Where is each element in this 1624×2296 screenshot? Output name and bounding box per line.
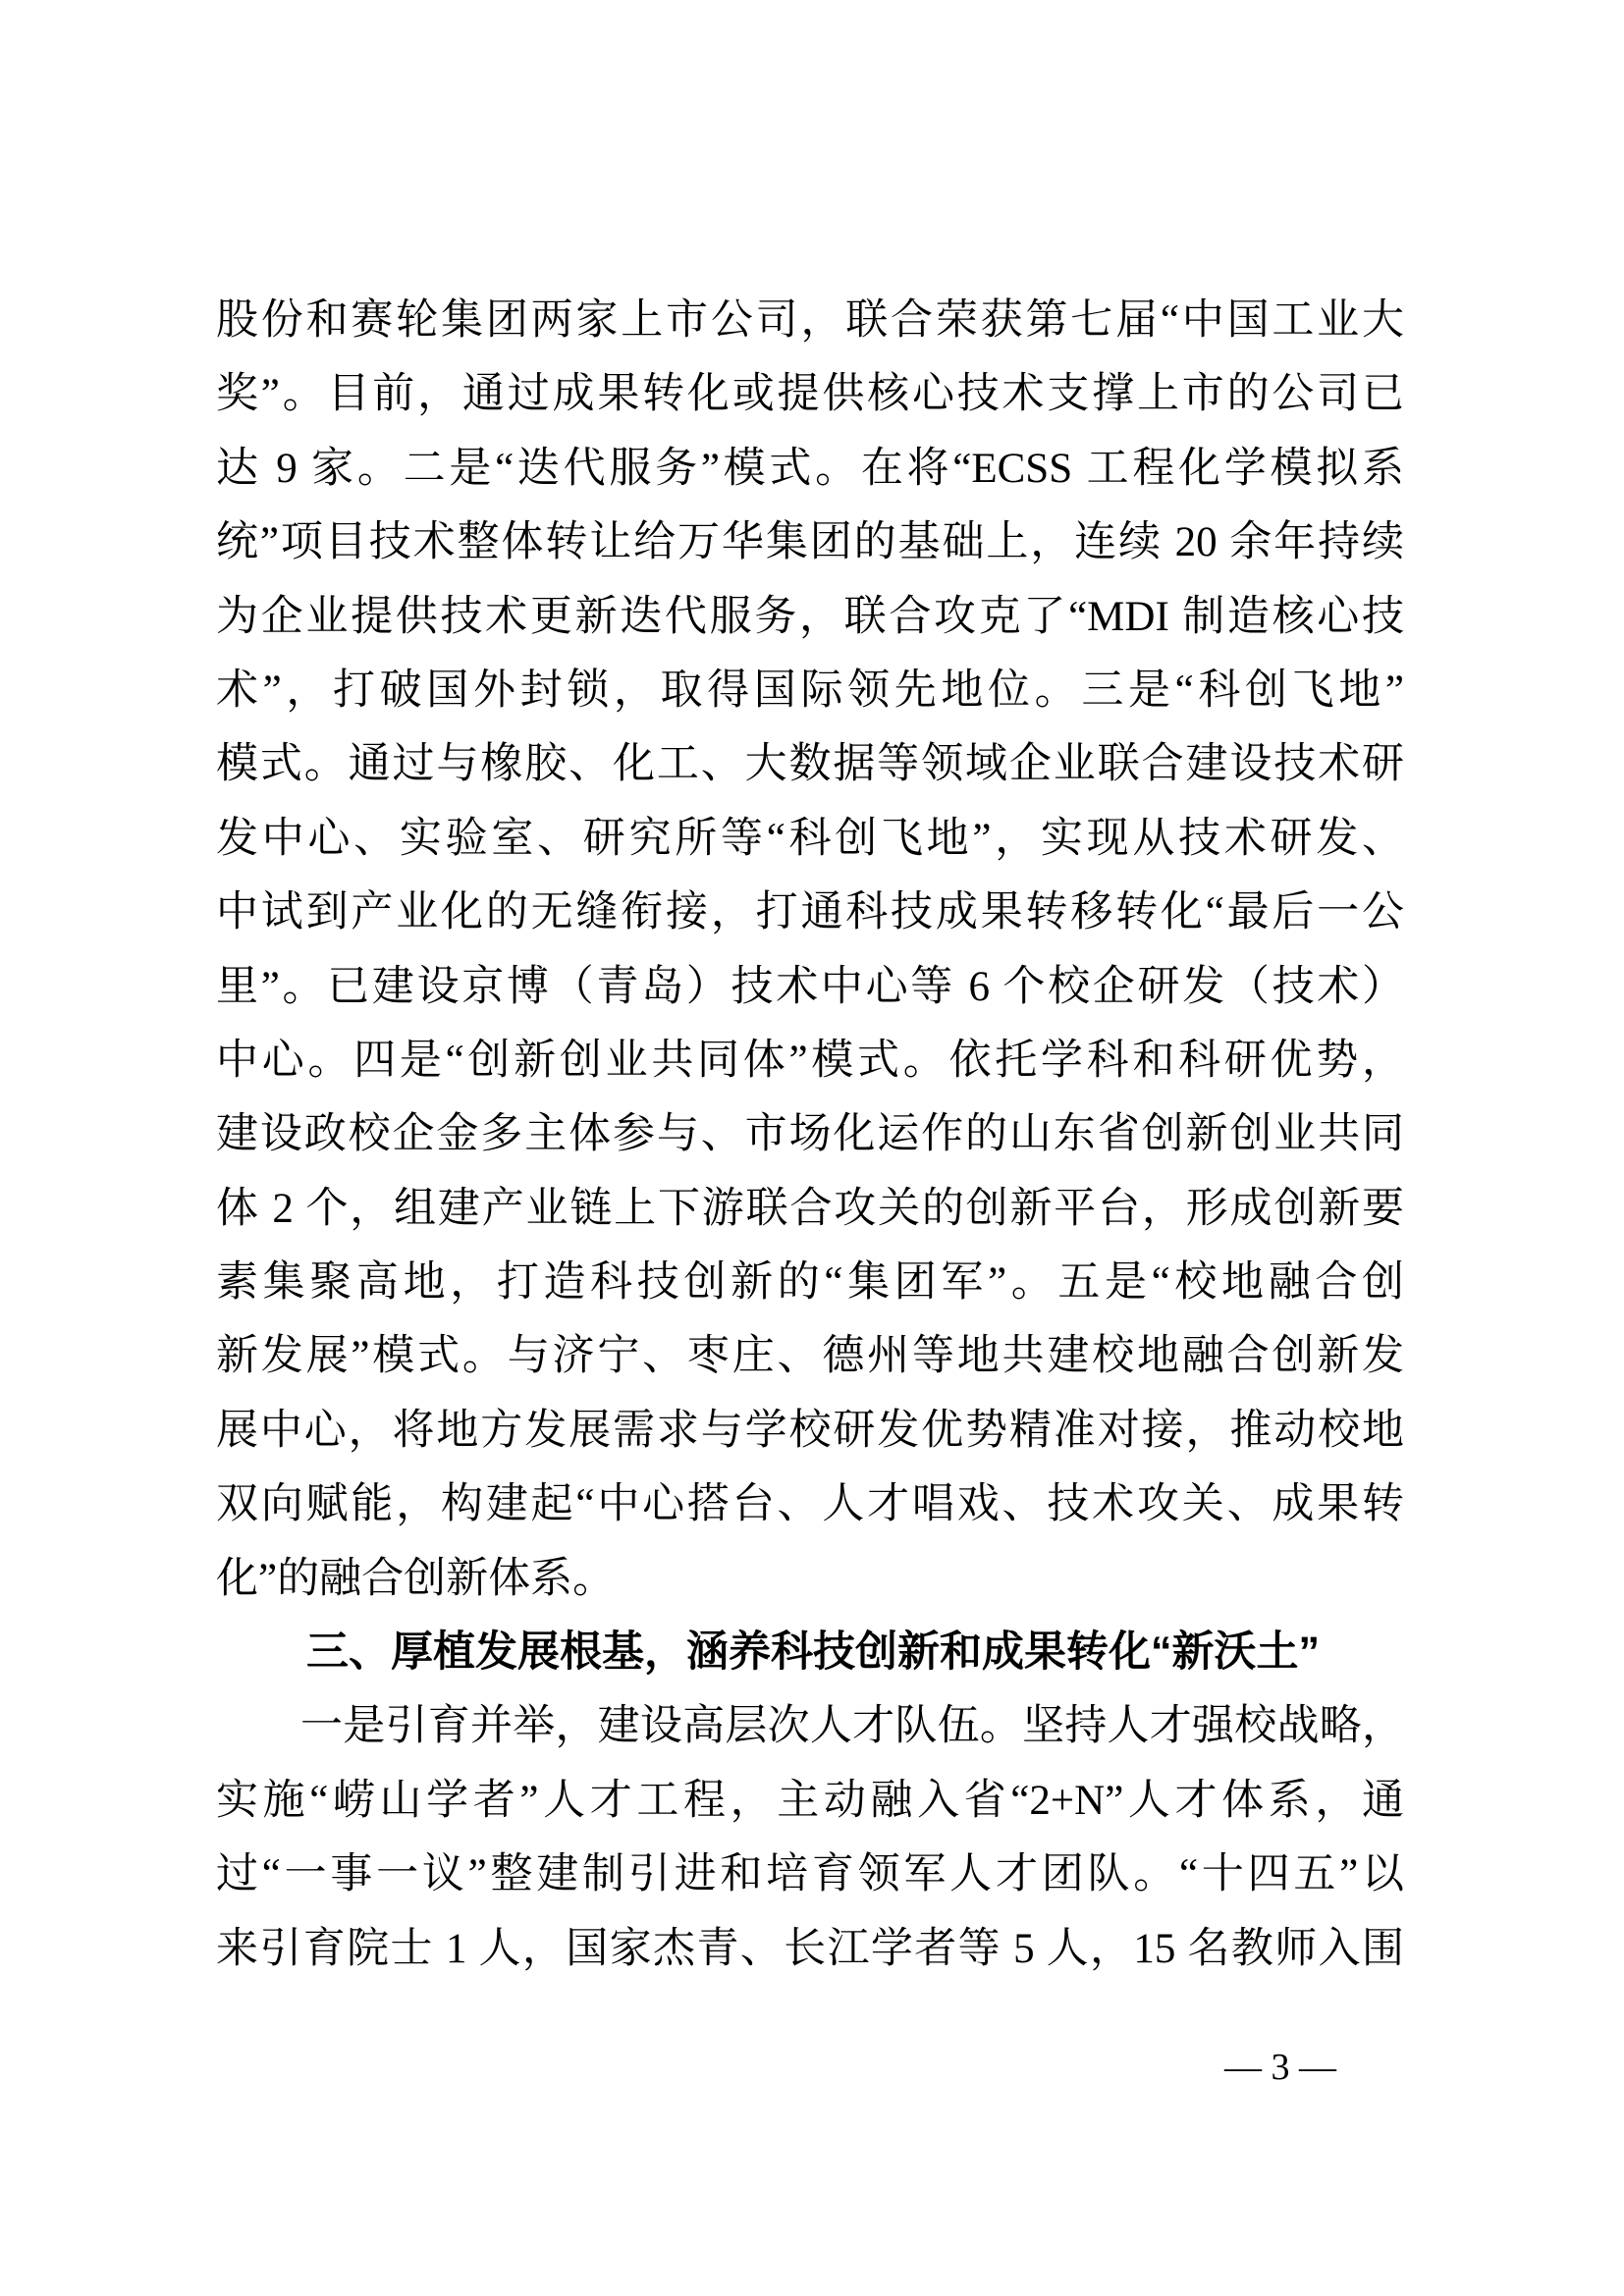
text-line: 里”。已建设京博（青岛）技术中心等 6 个校企研发（技术）: [216, 950, 1404, 1024]
text-line: 中心。四是“创新创业共同体”模式。依托学科和科研优势，: [216, 1024, 1404, 1097]
text-line: 中试到产业化的无缝衔接，打通科技成果转移转化“最后一公: [216, 876, 1404, 949]
document-body: 股份和赛轮集团两家上市公司，联合荣获第七届“中国工业大奖”。目前，通过成果转化或…: [216, 284, 1404, 1986]
page-number: — 3 —: [1224, 2044, 1336, 2091]
text-line: 一是引育并举，建设高层次人才队伍。坚持人才强校战略，: [216, 1689, 1404, 1763]
text-line: 展中心，将地方发展需求与学校研发优势精准对接，推动校地: [216, 1394, 1404, 1468]
text-line: 来引育院士 1 人，国家杰青、长江学者等 5 人，15 名教师入围: [216, 1912, 1404, 1986]
text-line: 过“一事一议”整建制引进和培育领军人才团队。“十四五”以: [216, 1838, 1404, 1911]
document-page: 股份和赛轮集团两家上市公司，联合荣获第七届“中国工业大奖”。目前，通过成果转化或…: [0, 0, 1624, 2296]
section-heading: 三、厚植发展根基，涵养科技创新和成果转化“新沃土”: [216, 1616, 1404, 1689]
text-line: 实施“崂山学者”人才工程，主动融入省“2+N”人才体系，通: [216, 1764, 1404, 1838]
text-line: 奖”。目前，通过成果转化或提供核心技术支撑上市的公司已: [216, 357, 1404, 431]
text-line: 术”，打破国外封锁，取得国际领先地位。三是“科创飞地”: [216, 654, 1404, 727]
text-line: 达 9 家。二是“迭代服务”模式。在将“ECSS 工程化学模拟系: [216, 432, 1404, 506]
text-line: 双向赋能，构建起“中心搭台、人才唱戏、技术攻关、成果转: [216, 1468, 1404, 1541]
text-line: 建设政校企金多主体参与、市场化运作的山东省创新创业共同: [216, 1097, 1404, 1171]
text-line: 统”项目技术整体转让给万华集团的基础上，连续 20 余年持续: [216, 506, 1404, 579]
text-line: 化”的融合创新体系。: [216, 1542, 1404, 1616]
text-line: 模式。通过与橡胶、化工、大数据等领域企业联合建设技术研: [216, 727, 1404, 801]
paragraph-talent: 一是引育并举，建设高层次人才队伍。坚持人才强校战略，实施“崂山学者”人才工程，主…: [216, 1689, 1404, 1986]
text-line: 股份和赛轮集团两家上市公司，联合荣获第七届“中国工业大: [216, 284, 1404, 357]
text-line: 体 2 个，组建产业链上下游联合攻关的创新平台，形成创新要: [216, 1172, 1404, 1246]
text-line: 素集聚高地，打造科技创新的“集团军”。五是“校地融合创: [216, 1246, 1404, 1319]
paragraph-continuation: 股份和赛轮集团两家上市公司，联合荣获第七届“中国工业大奖”。目前，通过成果转化或…: [216, 284, 1404, 1616]
text-line: 新发展”模式。与济宁、枣庄、德州等地共建校地融合创新发: [216, 1319, 1404, 1393]
text-line: 为企业提供技术更新迭代服务，联合攻克了“MDI 制造核心技: [216, 580, 1404, 654]
text-line: 发中心、实验室、研究所等“科创飞地”，实现从技术研发、: [216, 802, 1404, 876]
